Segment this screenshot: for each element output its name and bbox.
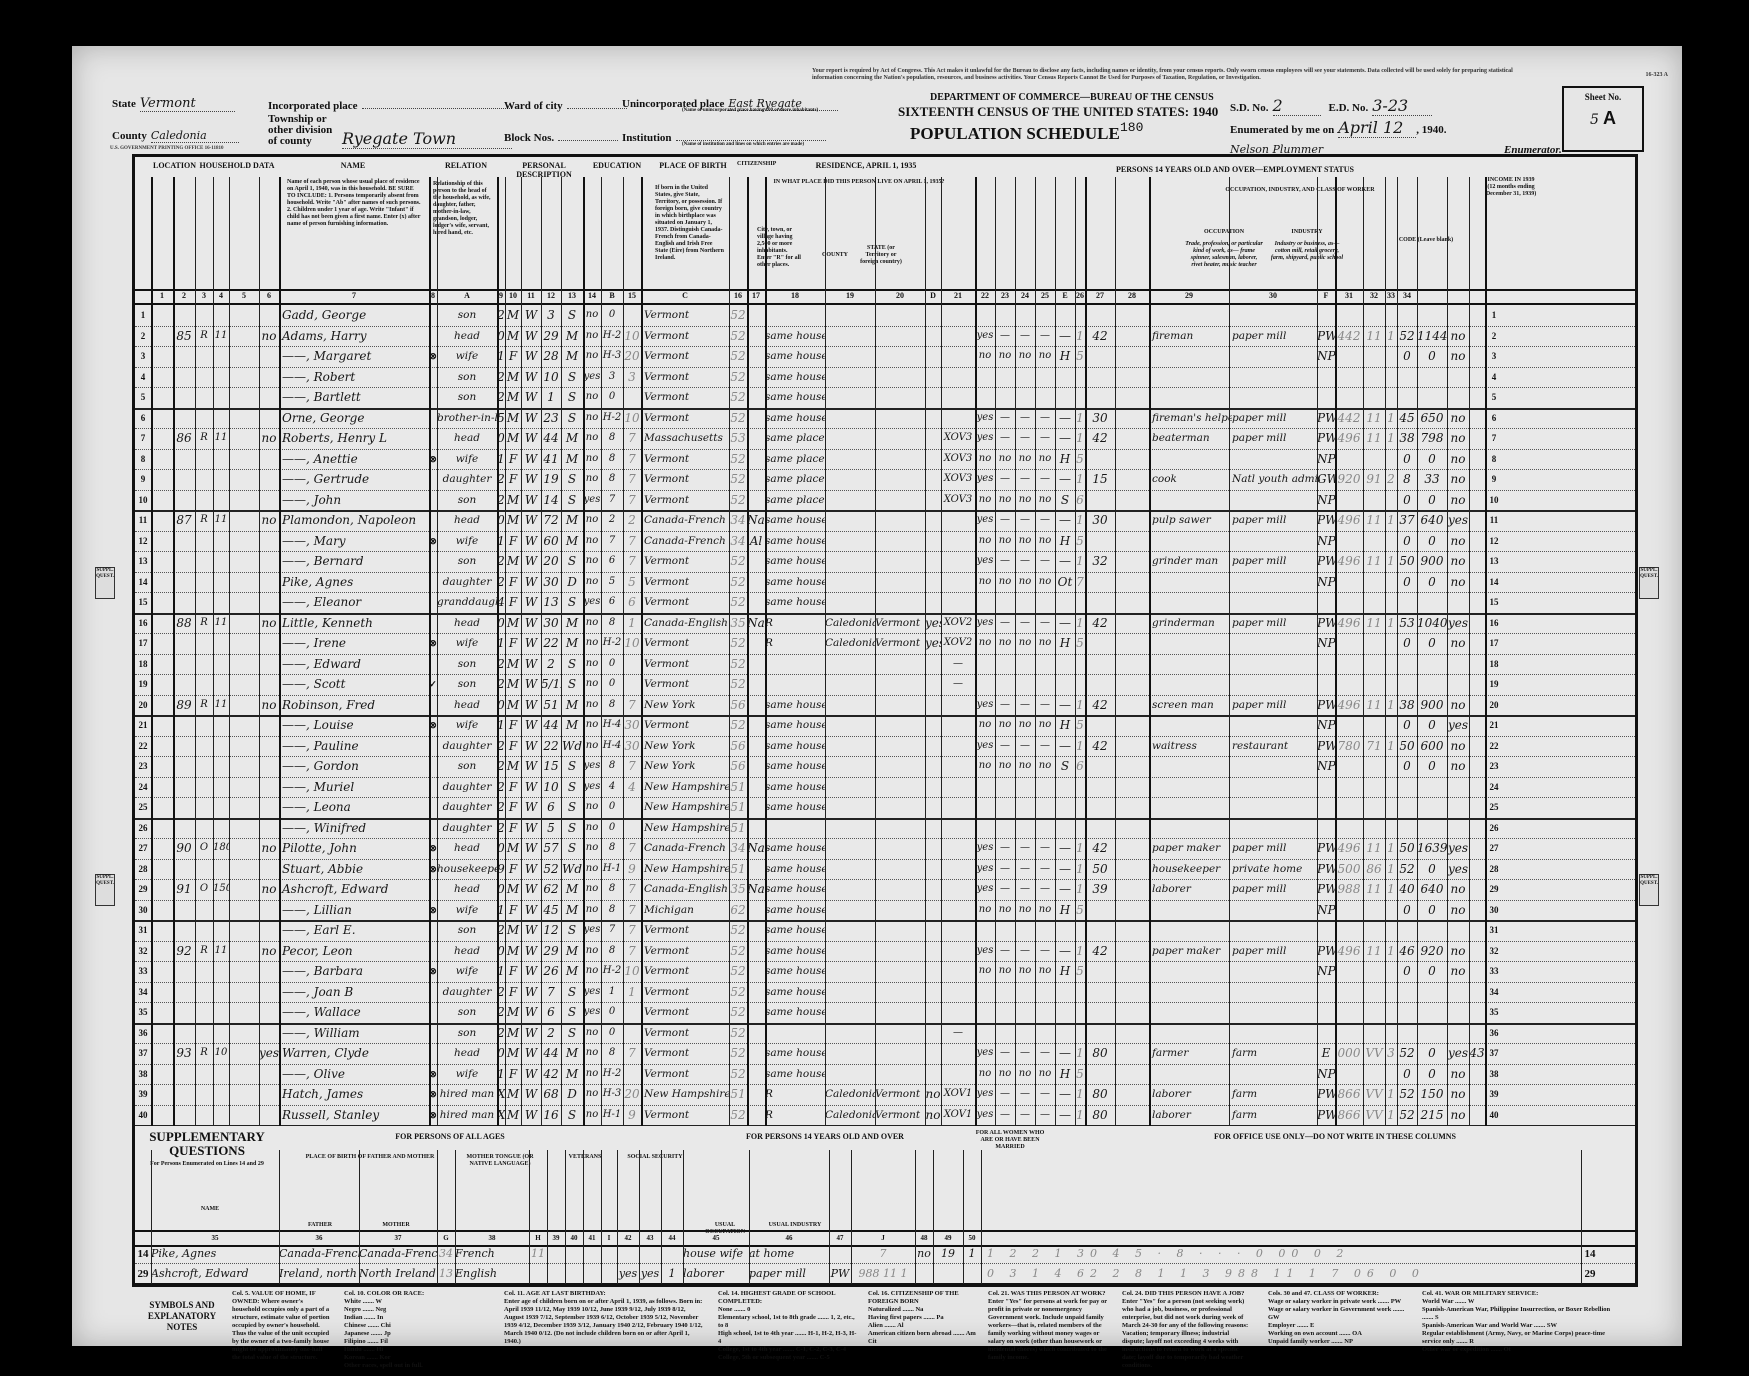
column-number: 11 [521,289,541,303]
cell-c25: — [1055,469,1075,490]
cell-farm: no [259,510,279,531]
cell-wks [1115,818,1149,839]
cell-occ [1149,982,1232,1003]
cell-c: 51 [729,1084,747,1105]
cell-c22 [995,777,1015,798]
cell-house [173,305,195,326]
cell-street [151,428,173,449]
cell-line: 10 [1485,490,1503,511]
cell-cls: NP [1317,449,1335,470]
cell-oth: no [1447,900,1469,921]
cell-grade: H-2 [601,961,623,982]
note-item: Unpaid family worker ....... NP [1268,1338,1408,1346]
cell-c22: — [995,613,1015,634]
supplementary-marker: SUPPL. QUEST. [1639,874,1659,906]
cell-f2 [1363,1023,1385,1044]
cell-cls: PW [1317,408,1335,429]
cell-cls [1317,818,1335,839]
cell-res19 [875,551,925,572]
cell-cls: PW [1317,613,1335,634]
cell-age: 6 [541,1002,561,1023]
cell-cit [747,756,765,777]
cell-ind [1229,674,1320,695]
cell-f1 [1335,346,1363,367]
cell-inc: 0 [1417,449,1447,470]
cell-c23: — [1015,326,1035,347]
census-row: 23——, Gordonson2MW15Syes87New York56same… [135,756,1635,778]
cell-ms: S [561,797,583,818]
cell-inc [1417,1023,1447,1044]
cell-ms: S [561,654,583,675]
cell-street [151,859,173,880]
cell-house: 91 [173,879,195,900]
cell-line: 4 [135,367,151,388]
cell-occ: paper maker [1149,838,1232,859]
cell-res17: same house [765,736,825,757]
cell-b: 7 [623,531,641,552]
cell-f3 [1385,756,1397,777]
cell-sex: F [505,736,521,757]
cell-cls [1317,920,1335,941]
cell-birth: Vermont [641,674,732,695]
column-number: 1 [151,289,173,303]
cell-c23 [1015,1002,1035,1023]
cell-res18 [825,961,875,982]
cell-f2 [1363,1002,1385,1023]
cell-res19 [875,305,925,326]
cell-cit [747,449,765,470]
supplementary-row: 29Ashcroft, EdwardIreland, northNorth Ir… [135,1264,1635,1286]
cell-d [941,326,975,347]
cell-cit: Na [747,879,765,900]
cell-farmno [1469,818,1485,839]
cell-res19 [875,695,925,716]
cell-c23: — [1015,613,1035,634]
cell-street [151,1105,173,1126]
cell-hh: R [195,613,213,634]
cell-res17: same house [765,982,825,1003]
cell-inc [1417,777,1447,798]
cell-res18 [825,736,875,757]
cell-hrs [1085,961,1115,982]
cell-ms: S [561,305,583,326]
cell-line: 31 [1485,920,1503,941]
cell-tenure [213,1023,229,1044]
cell-rel: wife [437,900,497,921]
cell-birth: Vermont [641,346,732,367]
cell-e: 5 [1075,900,1085,921]
cell-wks [1115,613,1149,634]
cell-cls [1317,592,1335,613]
cell-line: 2 [135,326,151,347]
cell-c23: no [1015,449,1035,470]
cell-house [173,797,195,818]
cell-farm [259,387,279,408]
cell-ms: S [561,367,583,388]
cell-inc: 1144 [1417,326,1447,347]
cell-hh [195,1084,213,1105]
cell-wk: 0 [1397,346,1417,367]
cell-d [941,961,975,982]
cell-cls: NP [1317,490,1335,511]
cell-d [941,1064,975,1085]
column-number: 13 [561,289,583,303]
cell-line: 32 [135,941,151,962]
cell-c22: — [995,1043,1015,1064]
cell-hh: O [195,838,213,859]
cell-cit [747,469,765,490]
cell-cls: NP [1317,346,1335,367]
cell-rel: daughter [437,818,497,839]
cell-cit [747,982,765,1003]
cell-f2 [1363,633,1385,654]
cell-birth: Vermont [641,1064,732,1085]
cell-f1: 496 [1335,510,1363,531]
census-row: 14Pike, Agnesdaughter2FW30Dno55Vermont52… [135,572,1635,594]
cell-hrs [1085,592,1115,613]
cell-value [229,1105,259,1126]
cell-f3 [1385,367,1397,388]
cell-f2 [1363,346,1385,367]
cell-age: 1 [541,387,561,408]
cell-res18 [825,818,875,839]
cell-farmno [1469,1105,1485,1126]
cell-name: Gadd, George [279,305,432,326]
cell-occ [1149,387,1232,408]
cell-race: W [521,674,541,695]
cell-c25: H [1055,633,1075,654]
grid-line [1317,177,1318,1129]
cell-f2 [1363,920,1385,941]
cell-inc: 798 [1417,428,1447,449]
cell-wks [1115,879,1149,900]
cell-c21: yes [975,879,995,900]
cell-c24: no [1035,572,1055,593]
cell-res17 [765,1023,825,1044]
cell-ms: M [561,715,583,736]
cell-occ [1149,900,1232,921]
grid-line [995,177,996,1129]
cell-f1: 496 [1335,551,1363,572]
cell-ind: farm [1229,1105,1320,1126]
cell-street [151,572,173,593]
cell-name: ——, Olive [279,1064,432,1085]
cell-res19 [875,797,925,818]
cell-street [151,531,173,552]
note-item: Spanish-American War and World War .....… [1422,1322,1622,1330]
cell-c21: no [975,572,995,593]
cell-c: 51 [729,859,747,880]
cell-house: 86 [173,428,195,449]
cell-line: 6 [1485,408,1503,429]
cell-r20 [925,428,941,449]
cell-line: 19 [135,674,151,695]
cell-tenure [213,777,229,798]
cell-occ: laborer [1149,1084,1232,1105]
cell-ind: farm [1229,1043,1320,1064]
cell-hh: O [195,879,213,900]
cell-line: 35 [135,1002,151,1023]
cell-grade: 8 [601,900,623,921]
cell-value [229,674,259,695]
cell-f1 [1335,818,1363,839]
cell-c: 52 [729,982,747,1003]
cell-wks [1115,756,1149,777]
department-title: DEPARTMENT OF COMMERCE—BUREAU OF THE CEN… [930,92,1214,103]
cell-wk [1397,305,1417,326]
supplementary-questions: SUPPLEMENTARY QUESTIONS For Persons Enum… [132,1126,1638,1287]
cell-c24: — [1035,695,1055,716]
cell-street [151,674,173,695]
cell-sex: M [505,756,521,777]
cell-ind: Natl youth admin [1229,469,1320,490]
cell-cls [1317,797,1335,818]
cell-f3 [1385,982,1397,1003]
cell-house [173,859,195,880]
cell-tenure [213,490,229,511]
cell-line: 22 [1485,736,1503,757]
cell-age: 10 [541,777,561,798]
cell-sex: F [505,818,521,839]
note-item: Employer ....... E [1268,1322,1408,1330]
cell-grade: 8 [601,941,623,962]
cell-value [229,490,259,511]
cell-occ [1149,367,1232,388]
cell-age: 19 [541,469,561,490]
cell-b: 9 [623,1105,641,1126]
cell-f2 [1363,674,1385,695]
cell-c21: yes [975,695,995,716]
cell-farmno [1469,900,1485,921]
state-value: Vermont [140,96,235,112]
cell-occ [1149,756,1232,777]
cell-house [173,900,195,921]
cell-ind [1229,592,1320,613]
cell-tenure [213,715,229,736]
cell-c: 52 [729,654,747,675]
cell-c23: — [1015,879,1035,900]
cell-r20 [925,510,941,531]
form-number: 16-323 A [1646,72,1669,78]
cell-school: yes [583,592,601,613]
cell-house: 93 [173,1043,195,1064]
cell-line: 29 [1485,879,1503,900]
cell-hrs [1085,715,1115,736]
cell-res17: same house [765,326,825,347]
cell-e: 1 [1075,838,1085,859]
cell-c25: — [1055,1084,1075,1105]
cell-res19 [875,674,925,695]
cell-f3 [1385,715,1397,736]
cell-rel: head [437,613,497,634]
cell-ind [1229,961,1320,982]
cell-c21 [975,367,995,388]
cell-c22: no [995,572,1015,593]
cell-birth: New Hampshire [641,818,732,839]
cell-d: XOV3 [941,428,975,449]
cell-c22: no [995,715,1015,736]
cell-wks [1115,449,1149,470]
grid-line [541,177,542,1129]
cell-hh: R [195,695,213,716]
cell-farmno [1469,879,1485,900]
cell-birth: Vermont [641,982,732,1003]
cell-e: 1 [1075,695,1085,716]
cell-inc: 0 [1417,490,1447,511]
census-row: 10——, Johnson2MW14Syes77Vermont52same pl… [135,490,1635,513]
cell-res19 [875,1023,925,1044]
cell-race: W [521,305,541,326]
cell-race: W [521,1105,541,1126]
cell-c22 [995,818,1015,839]
cell-line: 5 [1485,387,1503,408]
cell-d [941,551,975,572]
cell-birth: Vermont [641,490,732,511]
cell-res19 [875,879,925,900]
column-number [1447,289,1469,303]
cell-c22 [995,674,1015,695]
cell-c22: — [995,941,1015,962]
cell-b: 10 [623,961,641,982]
note-item: Alien ....... Al [868,1322,978,1330]
cell-occ: fireman's helper [1149,408,1232,429]
supp-column-number: 48 [915,1232,933,1245]
cell-ind [1229,1023,1320,1044]
cell-wks [1115,428,1149,449]
cell-hrs [1085,449,1115,470]
cell-school: no [583,674,601,695]
cell-birth: Vermont [641,654,732,675]
cell-oth: no [1447,756,1469,777]
grid-line [521,177,522,1129]
cell-c: 52 [729,408,747,429]
cell-b: 7 [623,900,641,921]
cell-ind [1229,367,1320,388]
cell-farmno [1469,674,1485,695]
cell-name: Stuart, Abbie [279,859,432,880]
cell-res19 [875,838,925,859]
cell-c25 [1055,982,1075,1003]
cell-line: 1 [135,305,151,326]
supp-cell-s44: 1 [661,1264,683,1283]
cell-inc: 0 [1417,715,1447,736]
cell-grade: 8 [601,756,623,777]
cell-wks [1115,941,1149,962]
cell-c22: — [995,1084,1015,1105]
cell-value [229,1002,259,1023]
cell-farmno [1469,777,1485,798]
cell-occ: fireman [1149,326,1232,347]
cell-res17: same house [765,941,825,962]
cell-grade: 2 [601,510,623,531]
cell-ind [1229,818,1320,839]
cell-hh [195,408,213,429]
supplementary-marker: SUPPL. QUEST. [95,567,115,599]
note-item: Indian ....... In [344,1314,494,1322]
cell-line: 17 [135,633,151,654]
cell-occ [1149,449,1232,470]
supp-cell-j: 988 11 1 [851,1264,915,1283]
cell-age: 20 [541,551,561,572]
grid-line [1581,1150,1582,1284]
cell-name: ——, Robert [279,367,432,388]
supp-cell-name: Ashcroft, Edward [151,1264,279,1283]
cell-farm [259,633,279,654]
cell-f1: 442 [1335,326,1363,347]
cell-farmno [1469,449,1485,470]
cell-sex: F [505,531,521,552]
cell-f3: 1 [1385,736,1397,757]
cell-c: 51 [729,777,747,798]
census-row: 35——, Wallaceson2MW6Syes0Vermont52same h… [135,1002,1635,1025]
cell-hrs [1085,1023,1115,1044]
cell-f1 [1335,797,1363,818]
cell-hrs [1085,756,1115,777]
cell-cit [747,715,765,736]
cell-school: no [583,1084,601,1105]
cell-res19 [875,982,925,1003]
cell-r20 [925,1064,941,1085]
cell-farmno [1469,367,1485,388]
cell-r20: no [925,1084,941,1105]
cell-cls: PW [1317,510,1335,531]
cell-farm [259,1002,279,1023]
column-number: 12 [541,289,561,303]
cell-oth: no [1447,633,1469,654]
cell-c22: — [995,1105,1015,1126]
cell-grade: H-3 [601,346,623,367]
cell-value [229,900,259,921]
cell-name: ——, Winifred [279,818,432,839]
cell-f3 [1385,900,1397,921]
cell-sex: F [505,982,521,1003]
cell-c22 [995,920,1015,941]
cell-c21: yes [975,408,995,429]
cell-house [173,1105,195,1126]
cell-d [941,572,975,593]
cell-street [151,982,173,1003]
cell-value [229,510,259,531]
cell-farmno [1469,941,1485,962]
cell-ms: S [561,1023,583,1044]
census-row: 36——, Williamson2MW2Sno0Vermont52—36 [135,1023,1635,1045]
cell-ind: paper mill [1229,879,1320,900]
cell-d: XOV2 [941,613,975,634]
cell-sex: M [505,490,521,511]
cell-b: 10 [623,408,641,429]
cell-c: 62 [729,900,747,921]
cell-res17 [765,674,825,695]
cell-street [151,715,173,736]
cell-c21: yes [975,736,995,757]
cell-house [173,387,195,408]
cell-cit [747,428,765,449]
cell-house [173,777,195,798]
grid-line [963,1150,964,1284]
cell-wks [1115,469,1149,490]
cell-r20 [925,900,941,921]
incorporated-place-field: Incorporated place [268,96,512,114]
cell-cit [747,408,765,429]
cell-race: W [521,428,541,449]
census-row: 9——, Gertrudedaughter2FW19Sno87Vermont52… [135,469,1635,491]
cell-farm [259,674,279,695]
cell-c22: — [995,408,1015,429]
cell-oth: no [1447,346,1469,367]
cell-c: 52 [729,1023,747,1044]
cell-birth: New York [641,695,732,716]
cell-oth: yes [1447,510,1469,531]
